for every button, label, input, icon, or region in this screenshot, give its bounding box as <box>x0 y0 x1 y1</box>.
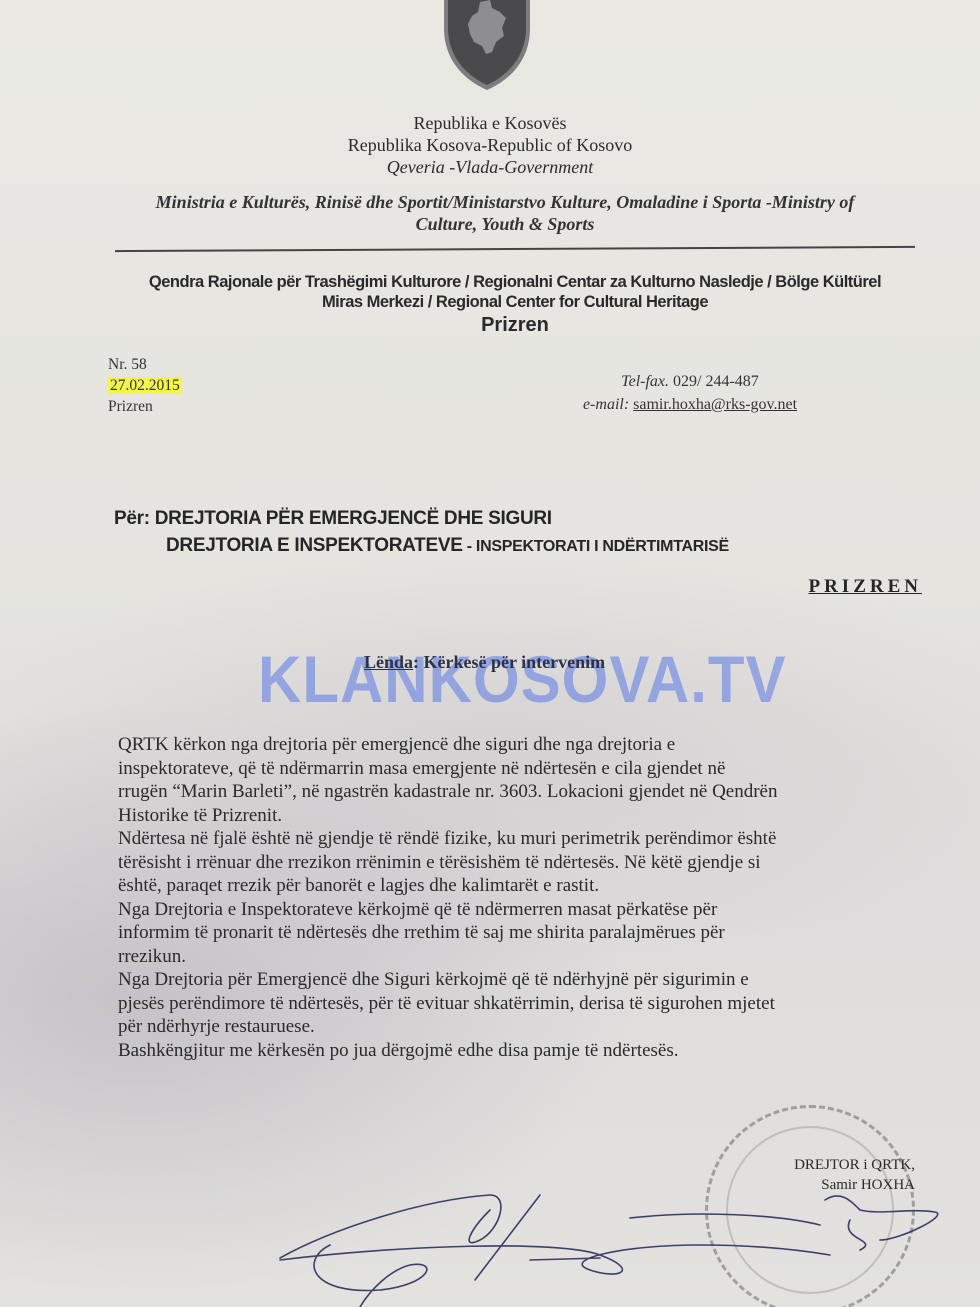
handwritten-signature-icon <box>0 0 980 1307</box>
